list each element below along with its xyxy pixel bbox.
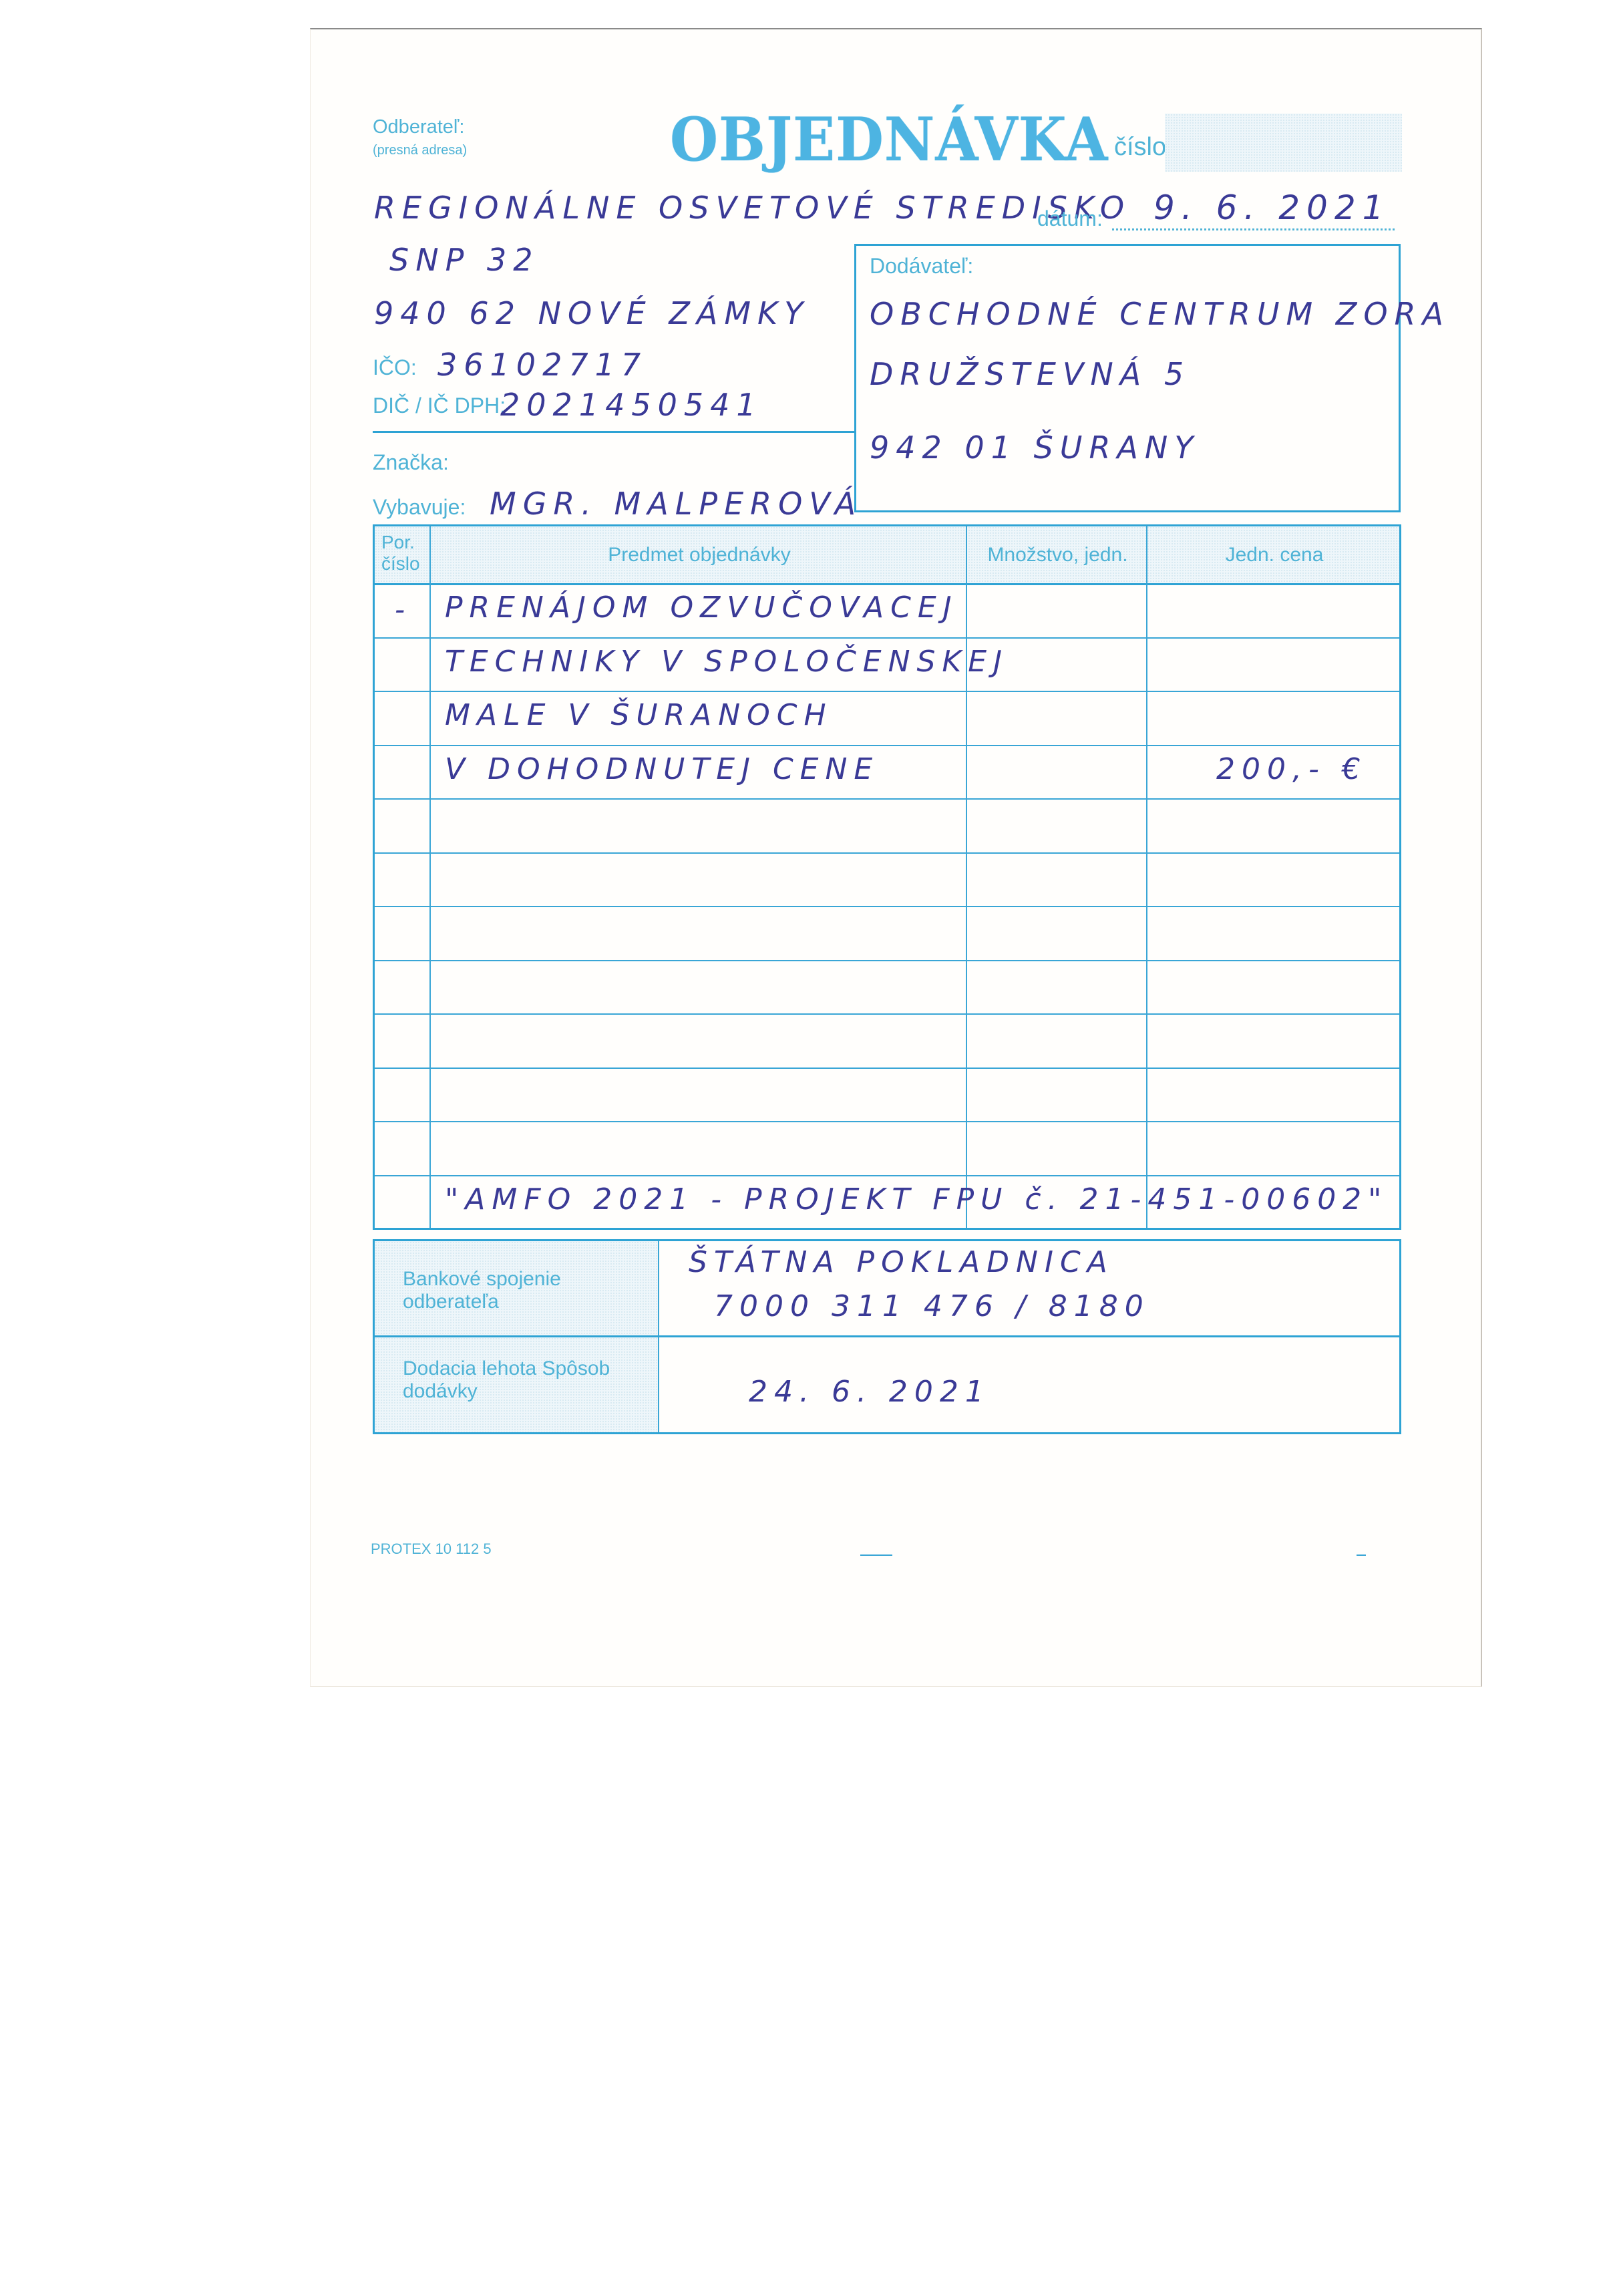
header-price: Jedn. cena: [1149, 544, 1399, 566]
header-qty: Množstvo, jedn.: [969, 544, 1146, 566]
date-value[interactable]: 9. 6. 2021: [1153, 188, 1390, 227]
table-row[interactable]: [375, 1014, 1399, 1068]
fold-mark-center: [860, 1554, 892, 1556]
cell-subject: MALE V ŠURANOCH: [445, 698, 833, 732]
cell-price: 200,- €: [1216, 752, 1367, 786]
form-code: PROTEX 10 112 5: [371, 1540, 492, 1558]
buyer-city: 940 62 NOVÉ ZÁMKY: [374, 295, 810, 331]
dic-label: DIČ / IČ DPH:: [373, 393, 506, 418]
date-label: dátum:: [1037, 206, 1103, 231]
items-table: Por. číslo Predmet objednávky Množstvo, …: [373, 524, 1401, 1230]
supplier-label: Dodávateľ:: [870, 254, 973, 279]
fold-mark-right: [1357, 1554, 1366, 1556]
supplier-street: DRUŽSTEVNÁ 5: [870, 356, 1190, 392]
table-row[interactable]: [375, 907, 1399, 961]
order-form-page: Odberateľ: (presná adresa) OBJEDNÁVKA čí…: [310, 28, 1482, 1687]
header-subject: Predmet objednávky: [431, 544, 967, 566]
handled-by-label: Vybavuje:: [373, 495, 466, 520]
cell-subject: "AMFO 2021 - PROJEKT FPU č. 21-451-00602…: [445, 1182, 1388, 1216]
payment-delivery-box: Bankové spojenie odberateľa ŠTÁTNA POKLA…: [373, 1239, 1401, 1434]
cell-subject: V DOHODNUTEJ CENE: [445, 752, 879, 786]
cell-num: -: [395, 593, 411, 626]
table-row[interactable]: [375, 1122, 1399, 1176]
row-divider: [375, 1335, 1399, 1337]
buyer-street: SNP 32: [389, 242, 540, 278]
order-number-field[interactable]: [1165, 114, 1402, 172]
table-row[interactable]: -PRENÁJOM OZVUČOVACEJ: [375, 584, 1399, 638]
cell-subject: PRENÁJOM OZVUČOVACEJ: [445, 591, 958, 625]
header-num: Por. číslo: [381, 532, 428, 575]
table-row[interactable]: [375, 1068, 1399, 1122]
supplier-name: OBCHODNÉ CENTRUM ZORA: [870, 296, 1450, 332]
table-row[interactable]: V DOHODNUTEJ CENE200,- €: [375, 746, 1399, 800]
ico-value: 36102717: [437, 347, 647, 383]
handled-by-value: MGR. MALPEROVÁ: [490, 486, 862, 522]
delivery-value: 24. 6. 2021: [749, 1375, 991, 1409]
supplier-box: Dodávateľ: OBCHODNÉ CENTRUM ZORA DRUŽSTE…: [854, 244, 1401, 512]
table-row[interactable]: [375, 961, 1399, 1015]
delivery-label: Dodacia lehota Spôsob dodávky: [403, 1357, 623, 1403]
bank-account: 7000 311 476 / 8180: [714, 1289, 1150, 1323]
table-row[interactable]: [375, 799, 1399, 853]
mark-label: Značka:: [373, 450, 449, 475]
buyer-name: REGIONÁLNE OSVETOVÉ STREDISKO: [374, 190, 1131, 226]
table-row[interactable]: TECHNIKY V SPOLOČENSKEJ: [375, 638, 1399, 692]
dic-value: 2021450541: [500, 387, 763, 423]
bank-name: ŠTÁTNA POKLADNICA: [689, 1245, 1114, 1279]
table-row[interactable]: "AMFO 2021 - PROJEKT FPU č. 21-451-00602…: [375, 1176, 1399, 1230]
cell-subject: TECHNIKY V SPOLOČENSKEJ: [445, 645, 1009, 679]
buyer-divider: [373, 431, 855, 433]
date-dotted-line: [1112, 228, 1395, 230]
buyer-label: Odberateľ:: [373, 116, 464, 138]
bank-label: Bankové spojenie odberateľa: [403, 1268, 623, 1313]
table-row[interactable]: MALE V ŠURANOCH: [375, 691, 1399, 746]
supplier-city: 942 01 ŠURANY: [870, 430, 1200, 466]
table-row[interactable]: [375, 853, 1399, 907]
buyer-sublabel: (presná adresa): [373, 143, 467, 158]
document-title: OBJEDNÁVKA: [670, 104, 1108, 175]
ico-label: IČO:: [373, 355, 417, 380]
